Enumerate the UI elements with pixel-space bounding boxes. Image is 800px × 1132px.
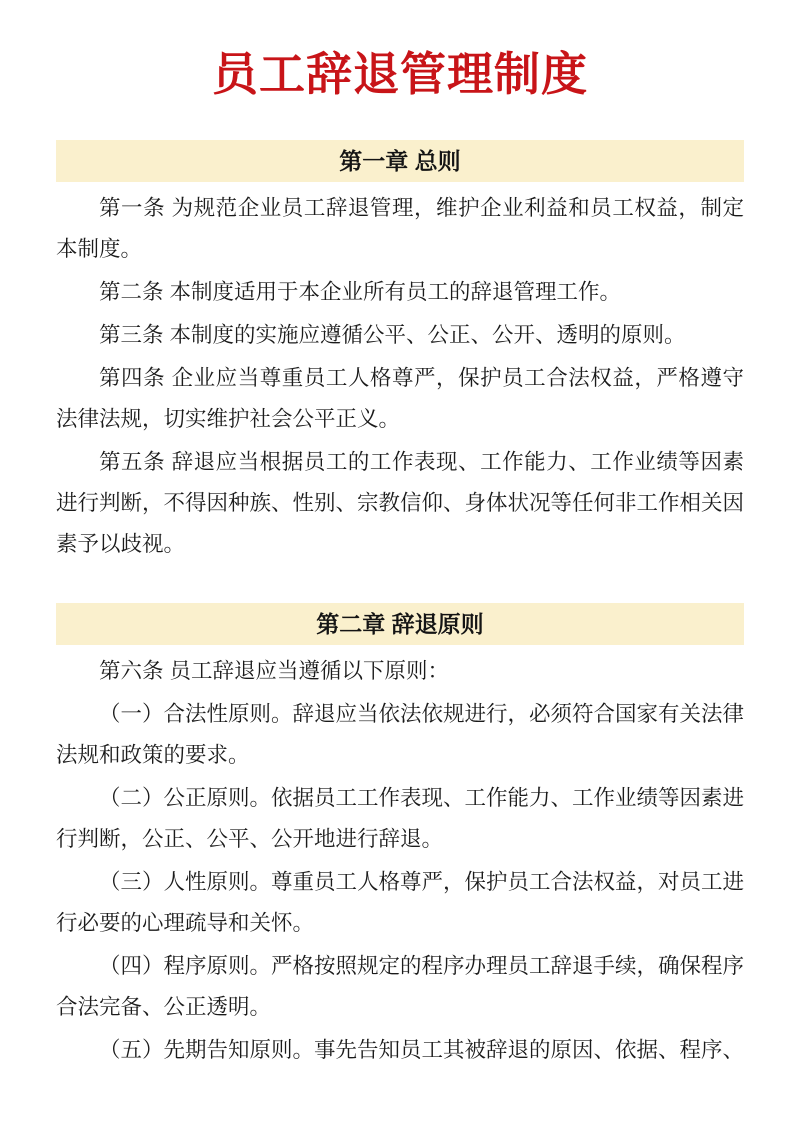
chapter-1-body: 第一条 为规范企业员工辞退管理，维护企业利益和员工权益，制定本制度。 第二条 本… [56, 188, 744, 565]
para-article-6: 第六条 员工辞退应当遵循以下原则： [56, 651, 744, 692]
chapter-2-heading: 第二章 辞退原则 [316, 611, 483, 637]
document-title: 员工辞退管理制度 [56, 46, 744, 102]
para-article-5: 第五条 辞退应当根据员工的工作表现、工作能力、工作业绩等因素进行判断，不得因种族… [56, 442, 744, 565]
para-principle-1: （一）合法性原则。辞退应当依法依规进行，必须符合国家有关法律法规和政策的要求。 [56, 694, 744, 776]
chapter-1-heading-bar: 第一章 总则 [56, 140, 744, 182]
section-chapter-2: 第二章 辞退原则 第六条 员工辞退应当遵循以下原则： （一）合法性原则。辞退应当… [56, 603, 744, 1071]
para-article-4: 第四条 企业应当尊重员工人格尊严，保护员工合法权益，严格遵守法律法规，切实维护社… [56, 358, 744, 440]
para-article-1: 第一条 为规范企业员工辞退管理，维护企业利益和员工权益，制定本制度。 [56, 188, 744, 270]
chapter-2-body: 第六条 员工辞退应当遵循以下原则： （一）合法性原则。辞退应当依法依规进行，必须… [56, 651, 744, 1071]
para-principle-2: （二）公正原则。依据员工工作表现、工作能力、工作业绩等因素进行判断，公正、公平、… [56, 778, 744, 860]
para-principle-3: （三）人性原则。尊重员工人格尊严，保护员工合法权益，对员工进行必要的心理疏导和关… [56, 862, 744, 944]
chapter-2-heading-bar: 第二章 辞退原则 [56, 603, 744, 645]
chapter-1-heading: 第一章 总则 [339, 148, 460, 174]
para-principle-4: （四）程序原则。严格按照规定的程序办理员工辞退手续，确保程序合法完备、公正透明。 [56, 946, 744, 1028]
para-principle-5: （五）先期告知原则。事先告知员工其被辞退的原因、依据、程序、 [56, 1030, 744, 1071]
section-chapter-1: 第一章 总则 第一条 为规范企业员工辞退管理，维护企业利益和员工权益，制定本制度… [56, 140, 744, 565]
para-article-2: 第二条 本制度适用于本企业所有员工的辞退管理工作。 [56, 272, 744, 313]
para-article-3: 第三条 本制度的实施应遵循公平、公正、公开、透明的原则。 [56, 315, 744, 356]
document-page: 员工辞退管理制度 第一章 总则 第一条 为规范企业员工辞退管理，维护企业利益和员… [0, 0, 800, 1132]
